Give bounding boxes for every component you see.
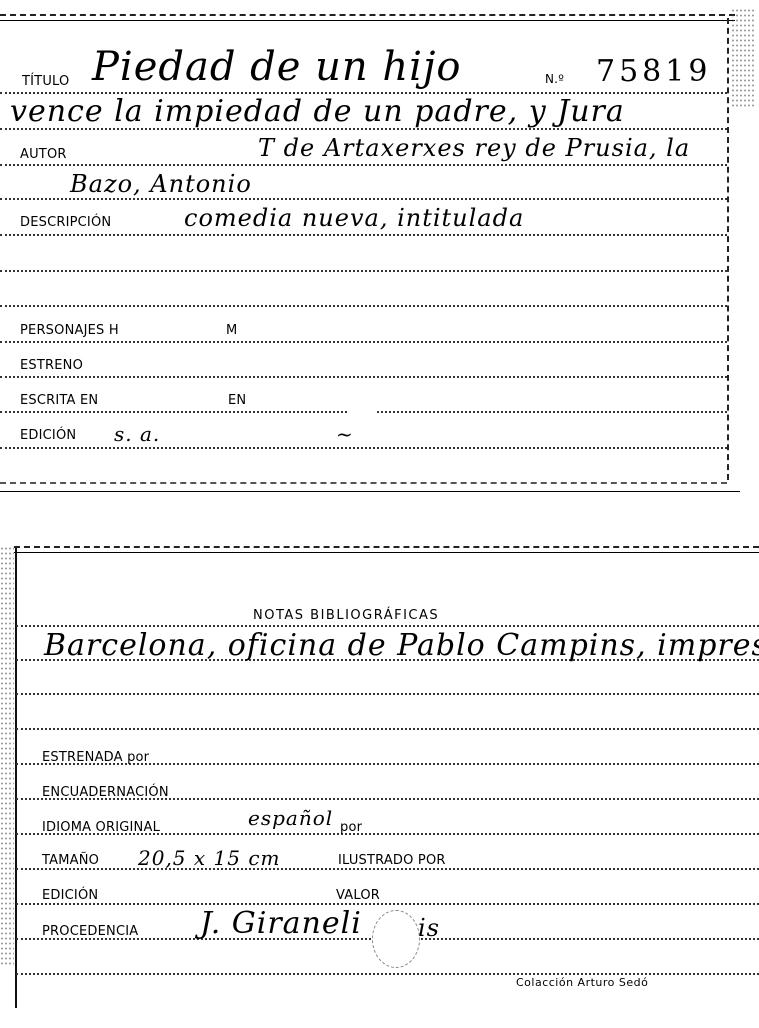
edicion-label-back: EDICIÓN [42,888,98,903]
rule [16,625,759,627]
card-top-edge [0,14,735,21]
valor-label: VALOR [336,888,380,903]
scan-noise [0,546,14,966]
titulo-label: TÍTULO [22,74,69,89]
titulo-value-line2: vence la impiedad de un padre, y Jura [10,94,625,129]
encuadernacion-label: ENCUADERNACIÓN [42,785,169,800]
escrita-en-place-label: EN [228,393,246,408]
personajes-m-label: M [226,323,237,338]
scan-blot [372,910,420,968]
rule [16,693,759,695]
procedencia-value-tail: is [418,914,440,942]
autor-value: Bazo, Antonio [70,170,252,198]
edicion-value: s. a. [114,422,160,446]
rule [16,903,759,905]
titulo-value-line3: T de Artaxerxes rey de Prusia, la [258,134,690,162]
rule [0,482,727,484]
estreno-label: ESTRENO [20,358,83,373]
idioma-original-value: español [248,806,333,830]
rule [0,376,727,378]
collection-stamp: Colacción Arturo Sedó [516,976,648,989]
rule [0,234,727,236]
rule [0,305,727,307]
notas-value: Barcelona, oficina de Pablo Campins, imp… [44,628,759,663]
rule [0,198,727,200]
procedencia-value: J. Giraneli [200,906,362,941]
descripcion-label: DESCRIPCIÓN [20,215,111,230]
notas-bibliograficas-title: NOTAS BIBLIOGRÁFICAS [253,608,439,623]
procedencia-label: PROCEDENCIA [42,924,138,939]
escrita-en-label: ESCRITA EN [20,393,98,408]
card-cut-line [0,491,740,492]
rule [16,973,759,975]
card-top-edge [14,546,759,553]
scan-noise [731,8,755,108]
catalog-card-back: NOTAS BIBLIOGRÁFICAS Barcelona, oficina … [0,540,759,1028]
tamano-value: 20,5 x 15 cm [138,846,281,870]
tamano-label: TAMAÑO [42,853,99,868]
estrenada-label: ESTRENADA por [42,750,149,765]
rule [0,164,727,166]
rule [0,447,727,449]
ilustrado-por-label: ILUSTRADO POR [338,853,446,868]
edicion-label: EDICIÓN [20,428,76,443]
rule [16,868,759,870]
idioma-por-label: por [340,820,362,835]
personajes-h-label: PERSONAJES H [20,323,119,338]
autor-label: AUTOR [20,147,67,162]
catalog-number: 75819 [596,54,711,89]
titulo-value-line1: Piedad de un hijo [92,44,461,90]
rule [0,341,727,343]
scan-blot [348,392,378,422]
pen-stroke: ~ [336,422,354,446]
number-mark: N.º [545,72,564,86]
descripcion-value: comedia nueva, intitulada [184,204,524,232]
catalog-card-front: TÍTULO Piedad de un hijo N.º 75819 vence… [0,0,759,495]
rule [16,728,759,730]
idioma-original-label: IDIOMA ORIGINAL [42,820,160,835]
rule [0,270,727,272]
